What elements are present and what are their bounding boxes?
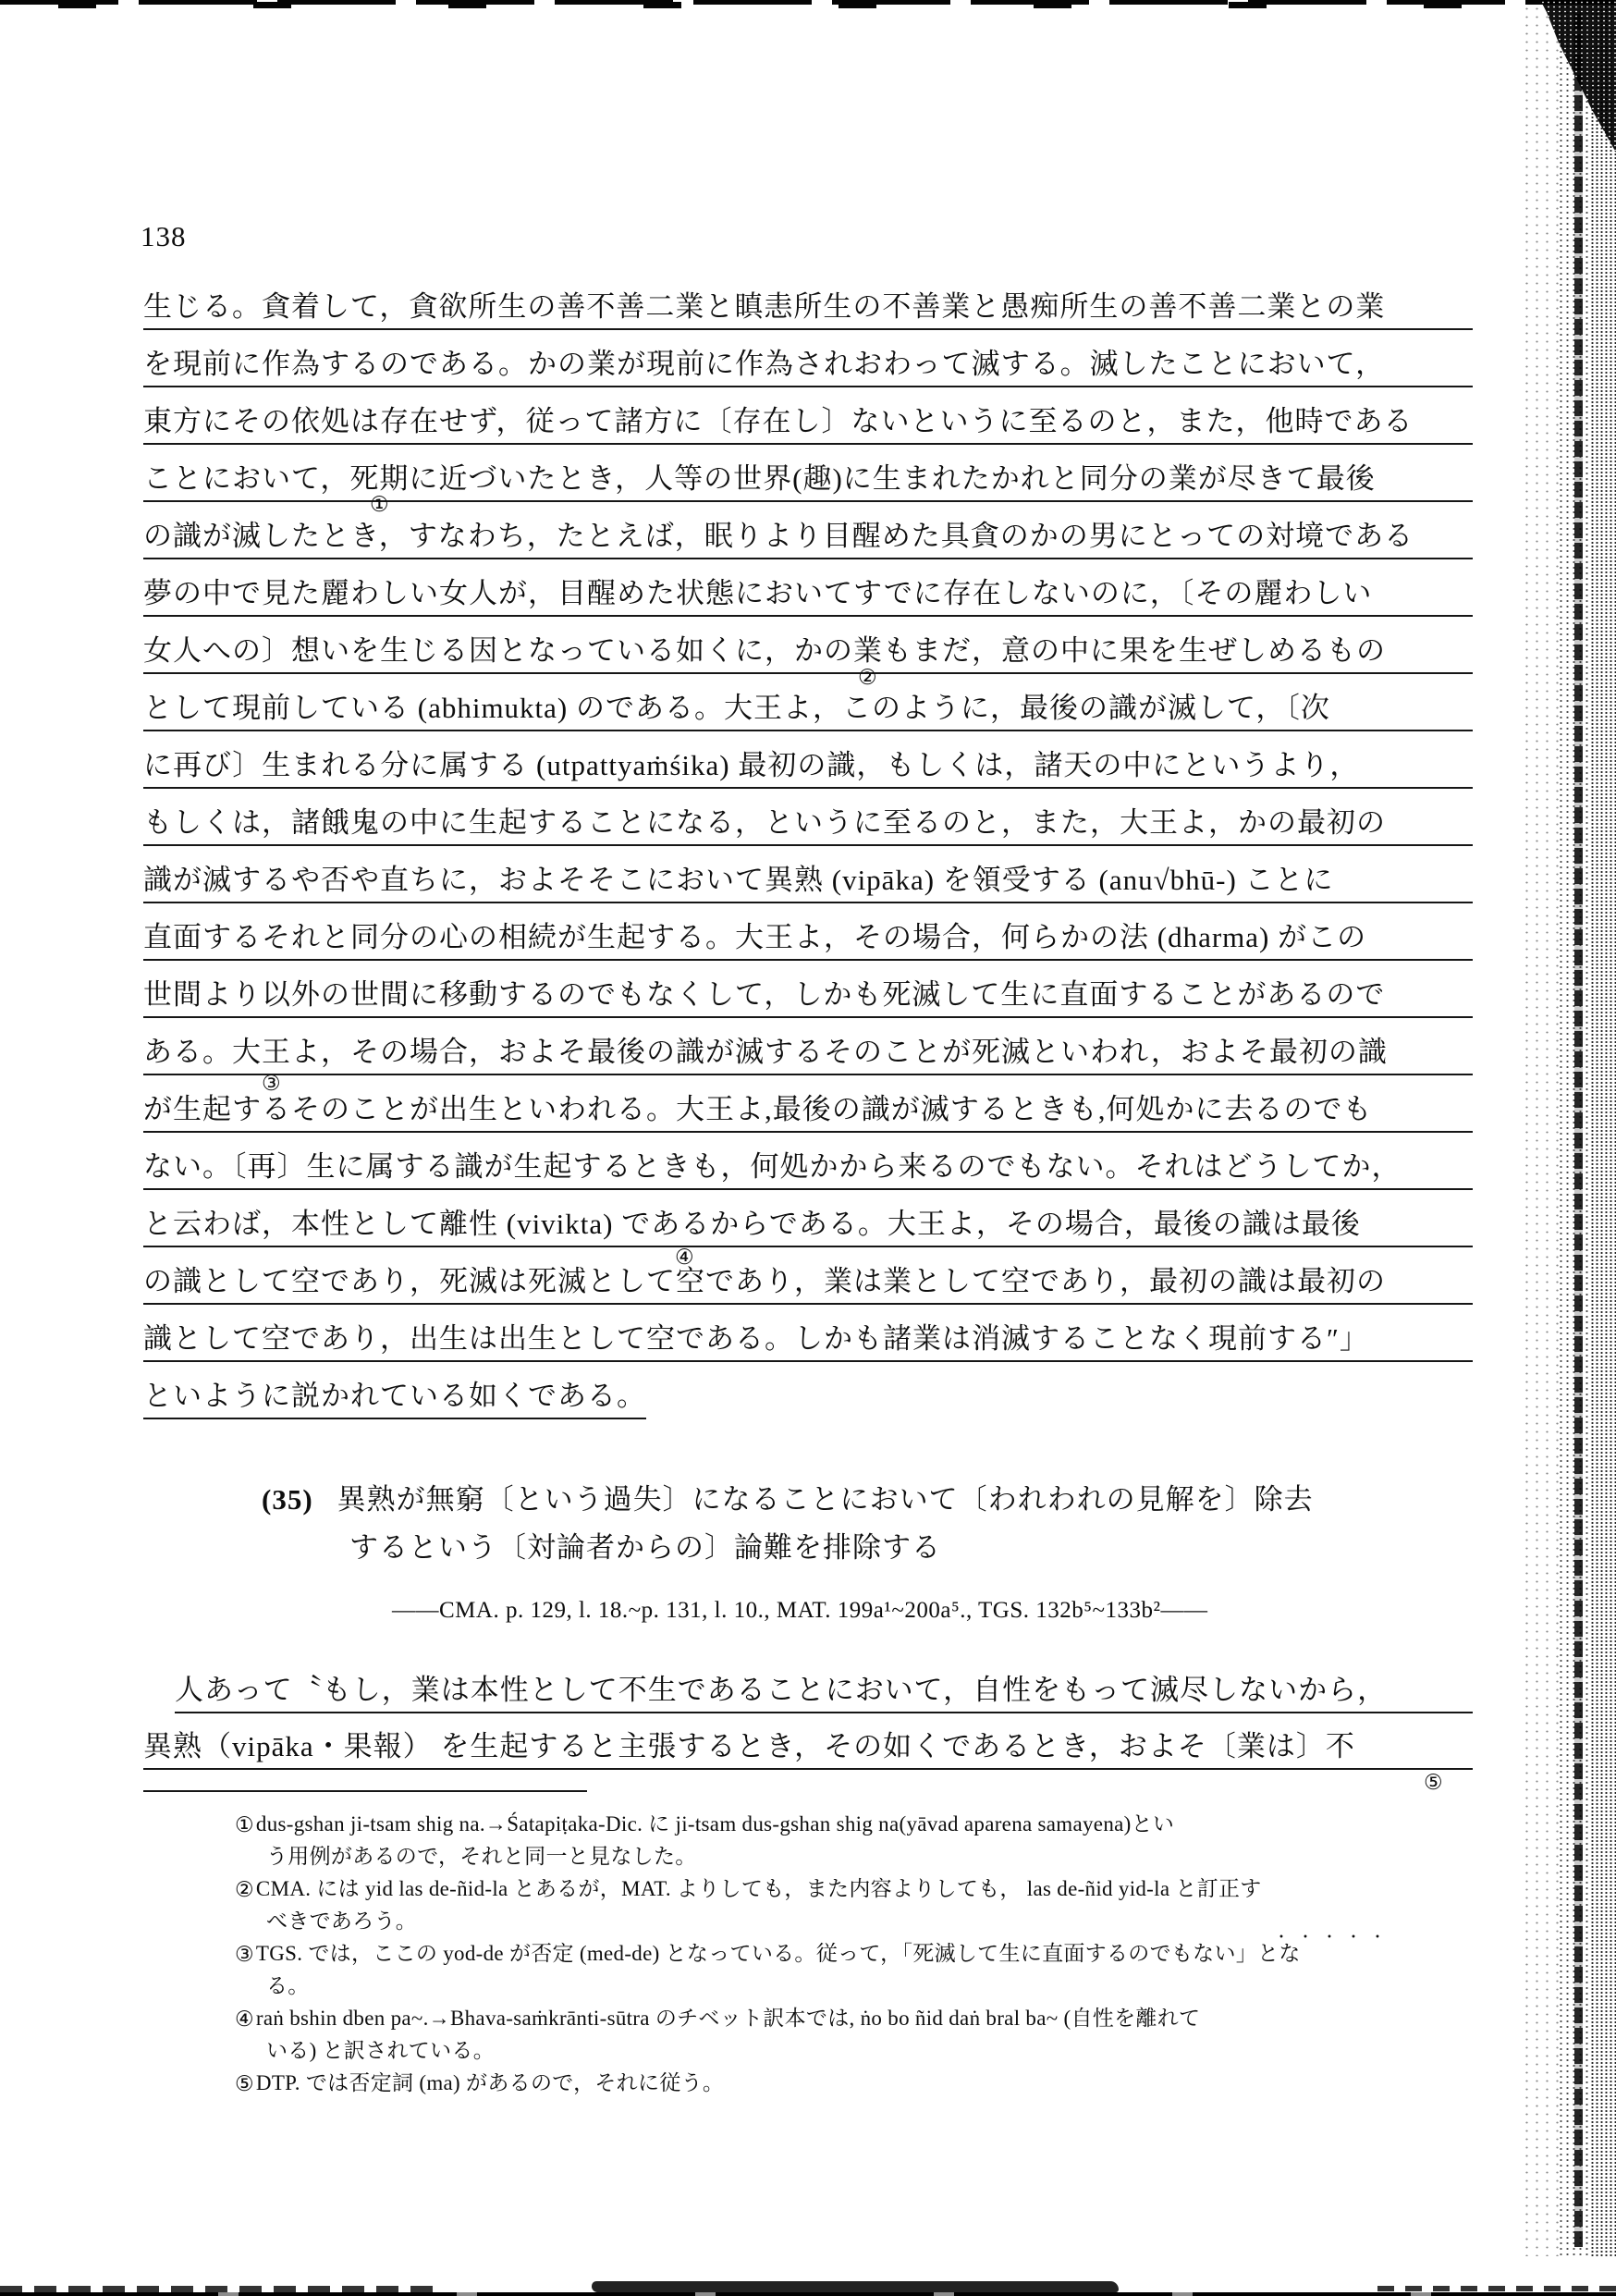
text-line: 人あって〝もし，業は本性として不生であることにおいて，自性をもって滅尽しないから… <box>143 1657 1473 1713</box>
body-text: 生じる。貪着して，貪欲所生の善不善二業と瞋恚所生の不善業と愚痴所生の善不善二業と… <box>143 273 1473 1419</box>
text-line: の識が滅したとき，すなわち，たとえば，眠りより目醒めた具貪のかの男にとっての対境… <box>143 502 1473 559</box>
text-line: を現前に作為するのである。かの業が現前に作為されおわって滅する。滅したことにおい… <box>143 330 1473 387</box>
scan-artifact-bottom-smudge-left <box>0 2286 433 2292</box>
text-line: といように説かれている如くである。 <box>143 1362 1473 1419</box>
text-line: 直面するそれと同分の心の相続が生起する。大王よ，その場合，何らかの法 (dhar… <box>143 903 1473 961</box>
scan-artifact-bottom-smudge-right <box>1377 2286 1616 2291</box>
footnote-line: う用例があるので，それと同一と見なした。 <box>235 1837 1529 1870</box>
footnote-marker: ② <box>235 1878 254 1902</box>
section-title-text: 異熟が無窮〔という過失〕になることにおいて〔われわれの見解を〕除去 <box>337 1483 1314 1516</box>
text-line: 東方にその依処は存在せず，従って諸方に〔存在し〕ないというに至るのと，また，他時… <box>143 387 1473 445</box>
footnote-line: ①dus-gshan ji-tsam shig na.→Śatapiṭaka-D… <box>235 1805 1529 1837</box>
footnote-line: ③TGS. では，ここの yod-de が否定 (med-de) となっている。… <box>235 1934 1529 1967</box>
citation-line: ——CMA. p. 129, l. 18.~p. 131, l. 10., MA… <box>392 1598 1208 1624</box>
scan-artifact-right-noise-inner <box>1590 5 1616 2256</box>
footnote-line: る。 <box>235 1967 1529 1999</box>
section-title-line-1: (35)異熟が無窮〔という過失〕になることにおいて〔われわれの見解を〕除去 <box>262 1476 1426 1524</box>
footnote-marker: ① <box>235 1813 254 1837</box>
text-line: に再び〕生まれる分に属する (utpattyaṁśika) 最初の識，もしくは，… <box>143 731 1473 789</box>
scanned-page: 138 生じる。貪着して，貪欲所生の善不善二業と瞋恚所生の不善業と愚痴所生の善不… <box>0 0 1616 2296</box>
section-title-line-2: するという〔対論者からの〕論難を排除する <box>262 1524 1426 1572</box>
opening-paragraph: 人あって〝もし，業は本性として不生であることにおいて，自性をもって滅尽しないから… <box>143 1657 1473 1770</box>
text-line: ない。〔再〕生に属する識が生起するときも，何処かから来るのでもない。それはどうし… <box>143 1133 1473 1190</box>
text-line: 女人への〕想いを生じる因となっている如くに，かの業もまだ，意の中に果を生ぜしめる… <box>143 617 1473 674</box>
page-number: 138 <box>141 220 187 253</box>
text-line: 識が滅するや否や直ちに，およそそこにおいて異熟 (vipāka) を領受する (… <box>143 846 1473 903</box>
footnote-ref-2: ② <box>858 667 877 688</box>
text-line: 世間より以外の世間に移動するのでもなくして，しかも死滅して生に直面することがある… <box>143 961 1473 1018</box>
text-line: ことにおいて，死期に近づいたとき，人等の世界(趣)に生まれたかれと同分の業が尽き… <box>143 445 1473 502</box>
footnote-ref-5: ⑤ <box>1424 1772 1443 1793</box>
scan-artifact-bottom-smudge-center <box>592 2281 1119 2292</box>
scan-artifact-right-streak <box>1574 9 1583 2247</box>
footnote-ref-1: ① <box>370 494 389 515</box>
text-line: 異熟（vipāka・果報） を生起すると主張するとき，その如くであるとき，およそ… <box>143 1713 1473 1770</box>
footnotes: ①dus-gshan ji-tsam shig na.→Śatapiṭaka-D… <box>235 1805 1529 2096</box>
text-line: として現前している (abhimukta) のである。大王よ，このように，最後の… <box>143 674 1473 731</box>
footnote-marker: ⑤ <box>235 2072 254 2096</box>
footnote-line: べきであろう。 <box>235 1902 1529 1934</box>
footnote-marker: ④ <box>235 2007 254 2032</box>
section-heading: (35)異熟が無窮〔という過失〕になることにおいて〔われわれの見解を〕除去 する… <box>262 1476 1426 1572</box>
footnote-line: いる) と訳されている。 <box>235 2032 1529 2064</box>
section-number: (35) <box>262 1483 313 1516</box>
text-line: 夢の中で見た麗わしい女人が，目醒めた状態においてすでに存在しないのに，〔その麗わ… <box>143 559 1473 617</box>
footnote-line: ②CMA. には yid las de-ñid-la とあるが，MAT. よりし… <box>235 1870 1529 1902</box>
text-line: の識として空であり，死滅は死滅として空であり，業は業として空であり，最初の識は最… <box>143 1247 1473 1305</box>
footnote-marker: ③ <box>235 1943 254 1967</box>
text-line: と云わば，本性として離性 (vivikta) であるからである。大王よ，その場合… <box>143 1190 1473 1247</box>
footnote-ref-4: ④ <box>675 1246 694 1268</box>
text-line: もしくは，諸餓鬼の中に生起することになる，というに至るのと，また，大王よ，かの最… <box>143 789 1473 846</box>
footnote-line: ⑤DTP. では否定詞 (ma) があるので，それに従う。 <box>235 2064 1529 2096</box>
text-line: 識として空であり，出生は出生として空である。しかも諸業は消滅することなく現前する… <box>143 1305 1473 1362</box>
footnote-line: ④raṅ bshin dben pa~.→Bhava-saṁkrānti-sūt… <box>235 1999 1529 2032</box>
footnote-separator <box>143 1790 587 1792</box>
text-line: が生起するそのことが出生といわれる。大王よ,最後の識が滅するときも,何処かに去る… <box>143 1075 1473 1133</box>
scan-artifact-top-edge <box>0 0 1616 8</box>
scan-artifact-bottom-line <box>0 2292 1616 2296</box>
footnote-ref-3: ③ <box>262 1073 281 1094</box>
text-line: ある。大王よ，その場合，およそ最後の識が滅するそのことが死滅といわれ，およそ最初… <box>143 1018 1473 1075</box>
text-line: 生じる。貪着して，貪欲所生の善不善二業と瞋恚所生の不善業と愚痴所生の善不善二業と… <box>143 273 1473 330</box>
